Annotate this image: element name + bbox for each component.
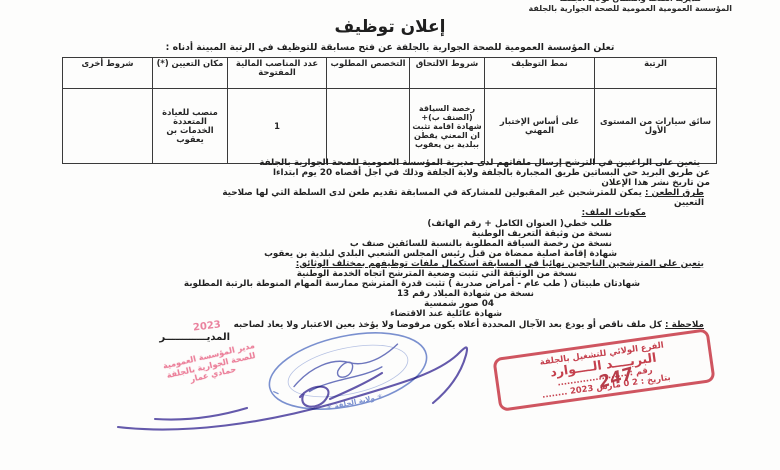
col-mode: نمط التوظيف [485, 58, 595, 89]
col-specialty: التخصص المطلوب [327, 58, 410, 89]
letterhead: مديرية الصحة والسكان لولاية الجلفة المؤس… [529, 0, 732, 14]
scanned-document-page: مديرية الصحة والسكان لولاية الجلفة المؤس… [0, 0, 780, 470]
paragraph-line: من تاريخ نشر هذا الإعلان [64, 178, 712, 188]
file-item: نسخة من وثيقة التعريف الوطنية [64, 229, 712, 239]
file-item: طلب خطي( العنوان الكامل + رقم الهاتف) [64, 219, 712, 229]
table-row: سائق سيارات من المستوى الأول على أساس ال… [63, 89, 717, 164]
col-other: شروط أخرى [63, 58, 153, 89]
final-section-title: يتعين على المترشحين الناجحين نهائيا في ا… [64, 259, 712, 269]
note-label: ملاحظة : [665, 320, 704, 330]
col-rank: الرتبة [595, 58, 717, 89]
recruitment-table: الرتبة نمط التوظيف شروط الالتحاق التخصص … [62, 57, 717, 164]
body-text: يتعين على الراغبين في الترشح إرسال ملفات… [64, 158, 712, 343]
appeal-label: طرق الطعن : [645, 188, 704, 198]
final-item: شهادتان طبيتان ( طب عام - أمراض صدرية ) … [64, 279, 712, 289]
final-item: نسخة من شهادة الميلاد رقم 13 [64, 289, 712, 299]
file-section-title: مكونات الملف: [64, 208, 712, 218]
table-header-row: الرتبة نمط التوظيف شروط الالتحاق التخصص … [63, 58, 717, 89]
file-item: شهادة إقامة اصلية ممضاة من قبل رئيس المج… [64, 249, 712, 259]
paragraph-line: عن طريق البريد حي البساتين طريق المجبارة… [64, 168, 712, 178]
col-positions: عدد المناصب المالية المفتوحة [228, 58, 327, 89]
cell-conditions: رخصة السياقة (الصنف ب)+ شهادة اقامة تثبت… [410, 89, 485, 164]
col-conditions: شروط الالتحاق [410, 58, 485, 89]
final-item: نسخة من الوثيقة التي تثبت وضعية المترشح … [64, 269, 712, 279]
announcement-subtitle: تعلن المؤسسة العمومية للصحة الجوارية بال… [0, 42, 780, 53]
paragraph-line: يتعين على الراغبين في الترشح إرسال ملفات… [64, 158, 712, 168]
cell-location: منصب للعيادة المتعددة الخدمات بن يعقوب [153, 89, 228, 164]
cell-mode: على أساس الإختبار المهني [485, 89, 595, 164]
final-item: شهادة عائلية عند الاقتضاء [64, 309, 712, 319]
signature-scribble [95, 335, 485, 440]
appeal-line2: التعيين [64, 198, 712, 208]
final-item: 04 صور شمسية [64, 299, 712, 309]
page-title: إعلان توظيف [0, 17, 780, 37]
appeal-text: يمكن للمترشحين غير المقبولين للمشاركة في… [222, 188, 645, 198]
cell-specialty [327, 89, 410, 164]
cell-other [63, 89, 153, 164]
appeal-line: طرق الطعن : يمكن للمترشحين غير المقبولين… [64, 188, 712, 198]
cell-positions: 1 [228, 89, 327, 164]
col-location: مكان التعيين (*) [153, 58, 228, 89]
letterhead-line2: المؤسسة العمومية العمومية للصحة الجوارية… [529, 4, 732, 14]
file-item: نسخة من رخصة السياقة المطلوبة بالنسبة لل… [64, 239, 712, 249]
cell-rank: سائق سيارات من المستوى الأول [595, 89, 717, 164]
